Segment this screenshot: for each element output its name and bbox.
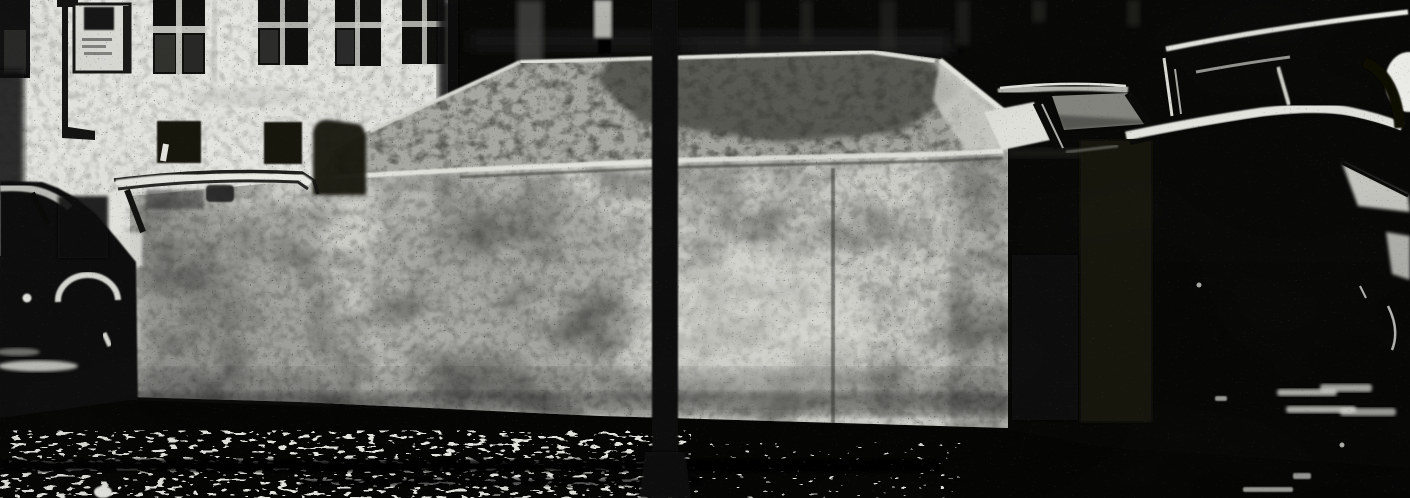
photo-canvas xyxy=(0,0,1410,498)
photo-frame xyxy=(0,0,1410,498)
grain-overlay xyxy=(0,0,1410,498)
grain-light xyxy=(0,0,1410,498)
